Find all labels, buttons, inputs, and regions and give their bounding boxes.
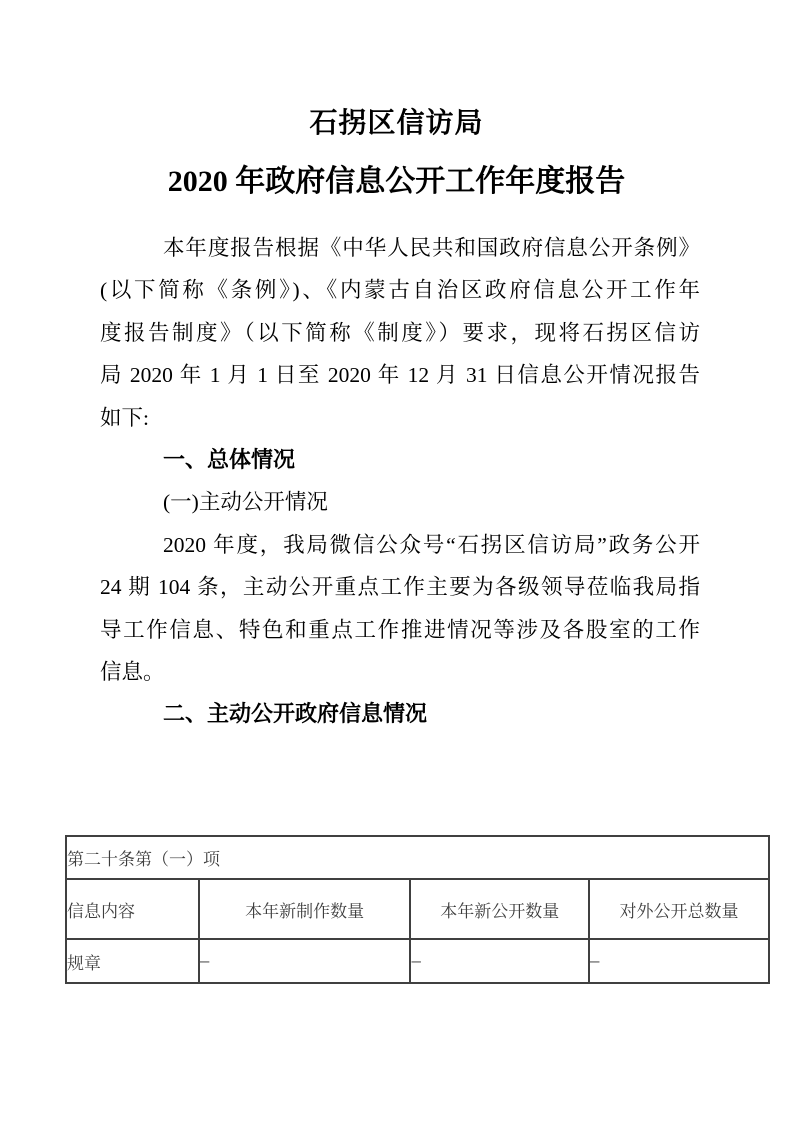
body-text-line: 信息。	[100, 651, 700, 693]
column-header: 本年新制作数量	[199, 879, 411, 939]
page-subtitle: 2020 年政府信息公开工作年度报告	[0, 162, 793, 202]
body-text-line: 2020 年度，我局微信公众号“石拐区信访局”政务公开	[100, 524, 700, 566]
body-text-line: 局 2020 年 1 月 1 日至 2020 年 12 月 31 日信息公开情况…	[100, 354, 700, 396]
table-row: 规章–––	[66, 939, 769, 983]
body-text-line: 24 期 104 条，主动公开重点工作主要为各级领导莅临我局指	[100, 566, 700, 608]
document-body: 本年度报告根据《中华人民共和国政府信息公开条例》(以下简称《条例》)、《内蒙古自…	[100, 227, 700, 736]
table-section-header: 第二十条第（一）项	[66, 836, 769, 879]
section-heading: 二、主动公开政府信息情况	[100, 693, 700, 735]
table-section-row: 第二十条第（一）项	[66, 836, 769, 879]
disclosure-table: 第二十条第（一）项信息内容本年新制作数量本年新公开数量对外公开总数量规章–––	[65, 835, 770, 984]
body-text-line: (以下简称《条例》)、《内蒙古自治区政府信息公开工作年	[100, 269, 700, 311]
section-heading: 一、总体情况	[100, 439, 700, 481]
body-text-line: 如下:	[100, 397, 700, 439]
body-text-line: (一)主动公开情况	[100, 481, 700, 523]
table-header-row: 信息内容本年新制作数量本年新公开数量对外公开总数量	[66, 879, 769, 939]
column-header: 信息内容	[66, 879, 199, 939]
column-header: 对外公开总数量	[589, 879, 769, 939]
page-title: 石拐区信访局	[0, 106, 793, 142]
body-text-line: 导工作信息、特色和重点工作推进情况等涉及各股室的工作	[100, 609, 700, 651]
report-page: 石拐区信访局 2020 年政府信息公开工作年度报告 本年度报告根据《中华人民共和…	[0, 0, 793, 1122]
row-label: 规章	[66, 939, 199, 983]
body-text-line: 度报告制度》（以下简称《制度》）要求，现将石拐区信访	[100, 312, 700, 354]
row-value: –	[199, 939, 411, 983]
row-value: –	[410, 939, 589, 983]
column-header: 本年新公开数量	[410, 879, 589, 939]
row-value: –	[589, 939, 769, 983]
body-text-line: 本年度报告根据《中华人民共和国政府信息公开条例》	[100, 227, 700, 269]
